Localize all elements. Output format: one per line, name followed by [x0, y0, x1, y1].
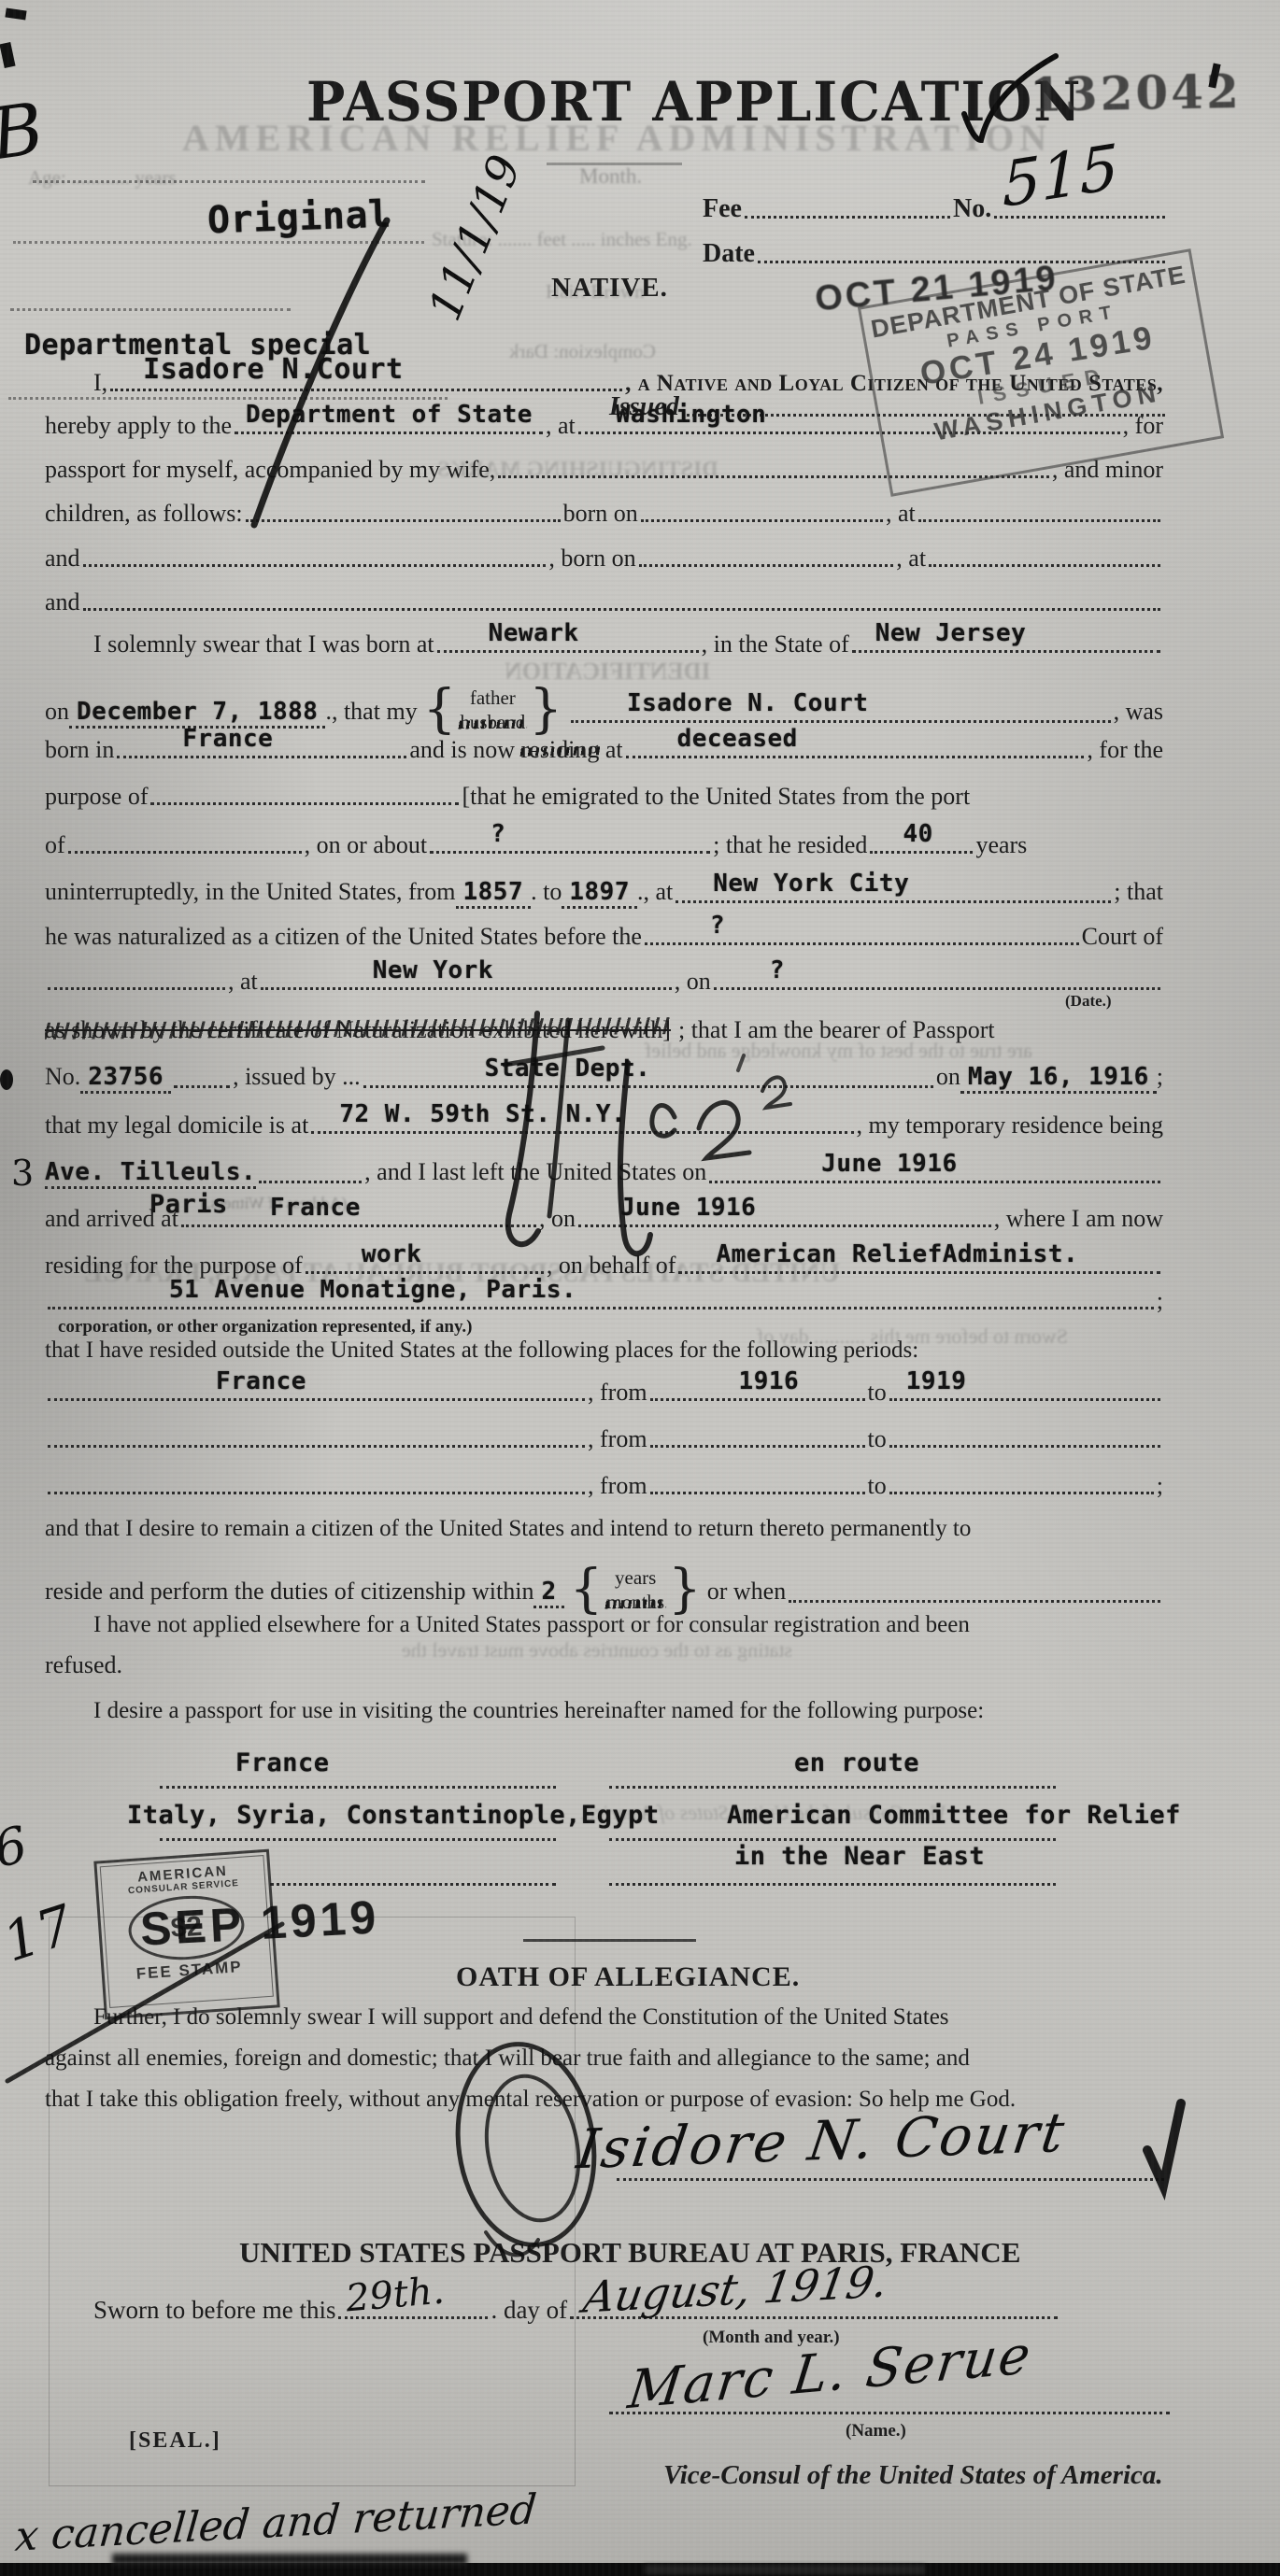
- original-stamp: Original: [206, 193, 391, 243]
- father-name-slot: Isadore N. Court: [571, 718, 1111, 723]
- oath-text: against all enemies, foreign and domesti…: [45, 2045, 970, 2072]
- fee-label: Fee: [703, 194, 742, 224]
- date-caption: (Date.): [1065, 992, 1112, 1011]
- dotted-leader: [83, 562, 547, 567]
- form-line: refused.: [45, 1651, 1163, 1679]
- form-text: he was naturalized as a citizen of the U…: [45, 923, 642, 951]
- typed-year-1897: 1897: [562, 878, 637, 909]
- typed-resided-place: France: [216, 1367, 306, 1395]
- sworn-text: Sworn to before me this: [93, 2296, 335, 2325]
- form-text: ;: [1157, 1287, 1163, 1315]
- form-line: Ave. Tilleuls. , and I last left the Uni…: [45, 1158, 1163, 1189]
- form-line: uninterruptedly, in the United States, f…: [45, 878, 1163, 909]
- to-slot: 1919: [889, 1396, 1160, 1401]
- form-line: I solemnly swear that I was born at Newa…: [93, 630, 1163, 658]
- dotted-leader: [758, 259, 1165, 263]
- form-text: , on: [539, 1205, 576, 1233]
- form-line: I have not applied elsewhere for a Unite…: [93, 1612, 1163, 1638]
- typed-birth-state: New Jersey: [875, 619, 1027, 647]
- form-text: , my temporary residence being: [857, 1111, 1164, 1139]
- form-text: and is now: [409, 736, 515, 764]
- arrive-date-slot: June 1916: [578, 1223, 991, 1227]
- typed-father-birthplace: France: [182, 725, 273, 753]
- birthplace-slot: Newark: [437, 648, 699, 653]
- bottom-edge-band: [0, 2563, 1280, 2576]
- typed-arrive-country: France: [270, 1194, 361, 1222]
- form-text: , at: [896, 545, 926, 573]
- typed-temp-address: Ave. Tilleuls.: [45, 1158, 256, 1189]
- domicile-slot: 72 W. 59th St. N.Y.: [311, 1129, 853, 1134]
- form-text: , where I am now: [994, 1205, 1163, 1233]
- form-text: of: [45, 831, 65, 859]
- form-line: and that I desire to remain a citizen of…: [45, 1516, 1163, 1542]
- form-line: children, as follows: born on , at: [45, 500, 1163, 528]
- ghost-text: Complexion: Dark: [509, 340, 656, 363]
- father-birthplace-slot: France: [117, 754, 406, 758]
- typed-year-1857: 1857: [456, 878, 532, 909]
- form-text: refused.: [45, 1651, 122, 1679]
- emigration-date-slot: ?: [430, 849, 710, 854]
- relation-brace: { father husband }: [423, 686, 562, 735]
- form-text: to: [868, 1379, 887, 1407]
- form-text: ; that he resided: [713, 831, 867, 859]
- form-line: 51 Avenue Monatigne, Paris. ;: [45, 1287, 1163, 1315]
- typed-years-40: 40: [903, 820, 932, 848]
- typed-domicile-address: 72 W. 59th St. N.Y.: [339, 1100, 626, 1128]
- form-text: I desire a passport for use in visiting …: [93, 1698, 984, 1724]
- form-text: hereby apply to the: [45, 412, 232, 440]
- typed-birthplace: Newark: [489, 619, 579, 647]
- form-text: , for the: [1087, 736, 1163, 764]
- typed-visit-purpose: en route: [794, 1748, 919, 1777]
- ghost-text: Age: ............ years: [28, 166, 177, 190]
- form-text: to: [868, 1472, 887, 1500]
- form-text: , on or about: [305, 831, 427, 859]
- form-text: or when: [707, 1578, 786, 1606]
- typed-question-mark: ?: [770, 956, 785, 984]
- form-line: reside and perform the duties of citizen…: [45, 1558, 1163, 1608]
- form-text: to: [868, 1425, 887, 1453]
- typed-father-name: Isadore N. Court: [627, 689, 868, 717]
- handwritten-day: 29th.: [345, 2269, 447, 2320]
- typed-question-mark: ?: [491, 820, 505, 848]
- form-text: ;: [1157, 1063, 1163, 1091]
- dotted-leader: [889, 1490, 1154, 1494]
- form-line: of , on or about ? ; that he resided 40 …: [45, 831, 1163, 859]
- form-line: as shown by the certificate of Naturaliz…: [45, 1016, 1163, 1044]
- form-line: France , from 1916 to 1919: [45, 1379, 1163, 1407]
- dotted-leader: [68, 849, 302, 854]
- option-months-struck: months: [606, 1590, 664, 1614]
- brace-close: }: [529, 689, 562, 731]
- native-label: NATIVE.: [551, 273, 668, 304]
- dotted-line: [8, 397, 448, 400]
- form-line: that my legal domicile is at 72 W. 59th …: [45, 1111, 1163, 1139]
- dotted-leader: [48, 985, 225, 990]
- arrive-country-slot: France: [181, 1223, 536, 1227]
- dotted-line: [270, 1883, 556, 1886]
- from-slot: 1916: [650, 1396, 865, 1401]
- form-text: No.: [45, 1063, 80, 1091]
- typed-visit-country: France: [235, 1748, 330, 1777]
- passport-application-scan: AMERICAN RELIEF ADMINISTRATION Age: ....…: [0, 0, 1280, 2576]
- fee-stamp-line: FEE STAMP: [107, 1956, 271, 1986]
- sworn-line: Sworn to before me this 29th. . day of A…: [93, 2296, 1060, 2325]
- form-text: and: [45, 588, 80, 616]
- period-brace: { years months }: [570, 1565, 702, 1615]
- dotted-leader: [48, 1443, 585, 1448]
- form-text: purpose of: [45, 783, 148, 811]
- form-text: ; that: [1114, 878, 1163, 906]
- cancelled-note: x cancelled and returned: [13, 2485, 538, 2561]
- dotted-leader: [259, 1179, 362, 1183]
- sworn-text: . day of: [491, 2296, 567, 2325]
- form-text: on: [936, 1063, 960, 1091]
- form-text: I solemnly swear that I was born at: [93, 630, 434, 658]
- form-line: , from to ;: [45, 1472, 1163, 1500]
- dotted-leader: [650, 1490, 865, 1494]
- name-slot: Isadore N.Court: [110, 387, 622, 391]
- form-line: I desire a passport for use in visiting …: [93, 1698, 1163, 1724]
- form-text: and that I desire to remain a citizen of…: [45, 1516, 971, 1542]
- signature-dots: [617, 2178, 1164, 2181]
- form-text: , at: [546, 412, 576, 440]
- form-text: at: [605, 736, 623, 764]
- form-text: years: [975, 831, 1027, 859]
- margin-3-mark: 3: [11, 1153, 34, 1194]
- form-text: ., that my: [325, 698, 417, 726]
- dotted-leader: [174, 1083, 230, 1088]
- edge-mark: [0, 1069, 13, 1090]
- application-number: 132042: [1030, 64, 1243, 122]
- typed-department: Department of State: [246, 401, 533, 429]
- ghost-text: Month.: [579, 164, 642, 189]
- typed-org-address: 51 Avenue Monatigne, Paris.: [169, 1276, 576, 1304]
- typed-within-years: 2: [533, 1578, 563, 1608]
- form-text: [that he emigrated to the United States …: [462, 783, 970, 811]
- typed-to-1919: 1919: [906, 1367, 967, 1395]
- form-text: on: [45, 698, 69, 726]
- brace-close: }: [668, 1569, 702, 1611]
- form-text: uninterruptedly, in the United States, f…: [45, 878, 456, 906]
- dotted-leader: [889, 1443, 1160, 1448]
- form-line: and: [45, 588, 1163, 616]
- court-slot: ?: [645, 941, 1079, 945]
- dotted-leader: [789, 1598, 1160, 1603]
- dotted-leader: [48, 1490, 585, 1494]
- form-text: , born on: [548, 545, 635, 573]
- typed-nyc: New York City: [713, 870, 909, 898]
- typed-passport-no: 23756: [80, 1063, 171, 1094]
- father-status-slot: deceased: [626, 754, 1085, 758]
- bottom-smudge: [112, 2554, 467, 2565]
- form-text: ; that I am the bearer of Passport: [678, 1016, 995, 1044]
- option-husband-struck: husband: [460, 710, 525, 734]
- dotted-leader: [641, 517, 883, 522]
- margin-6-mark: 6: [0, 1815, 33, 1879]
- typed-question-mark: ?: [710, 912, 725, 940]
- form-line: on December 7, 1888 ., that my { father …: [45, 678, 1163, 729]
- org-address-slot: 51 Avenue Monatigne, Paris.: [48, 1305, 1154, 1309]
- dotted-line: [160, 1838, 556, 1841]
- issuer-slot: State Dept.: [363, 1083, 933, 1088]
- dotted-leader: [929, 562, 1160, 567]
- form-text: , from: [588, 1425, 647, 1453]
- form-text: I have not applied elsewhere for a Unite…: [93, 1612, 970, 1638]
- typed-organization: American ReliefAdminist.: [716, 1240, 1078, 1268]
- form-text: , was: [1114, 698, 1163, 726]
- form-text: , and I last left the United States on: [364, 1158, 706, 1186]
- form-line: he was naturalized as a citizen of the U…: [45, 923, 1163, 951]
- dotted-line: [33, 180, 425, 183]
- typed-left-date: June 1916: [821, 1150, 957, 1178]
- resided-place-slot: France: [48, 1396, 585, 1401]
- form-text: , issued by ...: [233, 1063, 361, 1091]
- form-text: passport for myself, accompanied by my w…: [45, 456, 495, 484]
- dotted-leader: [83, 606, 1160, 611]
- years-slot: 40: [870, 849, 973, 854]
- name-caption: (Name.): [846, 2421, 906, 2442]
- typed-paris-insert: Paris: [149, 1190, 228, 1219]
- dotted-line: [10, 308, 291, 311]
- dotted-line: [609, 1838, 1056, 1841]
- option-years: years: [606, 1565, 664, 1590]
- form-text: ., at: [637, 878, 673, 906]
- oath-heading: OATH OF ALLEGIANCE.: [456, 1961, 800, 1993]
- typed-visit-more: Italy, Syria, Constantinople,Egypt: [127, 1801, 660, 1830]
- typed-court-place: New York: [373, 956, 493, 984]
- form-line: and , born on , at: [45, 545, 1163, 573]
- bottom-smudge: [645, 2565, 925, 2574]
- typed-purpose2b: in the Near East: [734, 1842, 985, 1871]
- form-text: ;: [1157, 1472, 1163, 1500]
- margin-b-mark: B: [0, 87, 49, 177]
- dotted-line: [160, 1786, 556, 1789]
- sworn-day-slot: 29th.: [338, 2314, 488, 2319]
- residing-word-struck: residing: [521, 736, 600, 764]
- form-text: , from: [588, 1472, 647, 1500]
- typed-purpose: work: [362, 1240, 422, 1268]
- form-text: , in the State of: [702, 630, 849, 658]
- form-text: children, as follows:: [45, 500, 243, 528]
- option-father: father: [460, 686, 525, 710]
- dotted-leader: [639, 562, 894, 567]
- residence-city-slot: New York City: [676, 899, 1111, 903]
- dotted-leader: [745, 214, 950, 219]
- org-caption: corporation, or other organization repre…: [58, 1317, 472, 1338]
- signature-check-mark-icon: [1147, 2103, 1181, 2186]
- typed-arrive-date: June 1916: [620, 1194, 756, 1222]
- left-date-slot: June 1916: [709, 1179, 1160, 1183]
- form-text: and: [45, 545, 80, 573]
- form-text: , from: [588, 1379, 647, 1407]
- dotted-leader: [150, 800, 459, 805]
- dotted-leader: [650, 1443, 865, 1448]
- form-text: reside and perform the duties of citizen…: [45, 1578, 533, 1606]
- oath-line: against all enemies, foreign and domesti…: [45, 2045, 1163, 2072]
- form-line: that I have resided outside the United S…: [45, 1338, 1163, 1364]
- form-text: that my legal domicile is at: [45, 1111, 308, 1139]
- form-text: that I have resided outside the United S…: [45, 1338, 918, 1364]
- typed-issue-date: May 16, 1916: [960, 1063, 1157, 1094]
- sworn-month-slot: August, 1919.: [570, 2314, 1058, 2319]
- typed-state-dept: State Dept.: [485, 1054, 651, 1083]
- form-text: , at: [228, 968, 258, 996]
- court-place-slot: New York: [261, 985, 672, 990]
- state-slot: New Jersey: [852, 648, 1160, 653]
- dotted-line: [609, 1883, 1056, 1886]
- form-text: Court of: [1082, 923, 1163, 951]
- brace-open: {: [570, 1569, 604, 1611]
- dotted-leader: [246, 517, 561, 522]
- form-text: born in: [45, 736, 114, 764]
- typed-father-status: deceased: [677, 725, 798, 753]
- form-line: , from to: [45, 1425, 1163, 1453]
- seal-caption: [SEAL.]: [129, 2428, 221, 2454]
- typed-birth-date: December 7, 1888: [69, 698, 325, 729]
- form-line: , at New York , on ?: [45, 968, 1163, 996]
- form-line: born in France and is now residing at de…: [45, 736, 1163, 764]
- naturalization-date-slot: ?: [714, 985, 1160, 990]
- brace-open: {: [423, 689, 457, 731]
- form-text: I,: [93, 369, 107, 397]
- form-line: No. 23756 , issued by ... State Dept. on…: [45, 1063, 1163, 1094]
- form-line: purpose of [that he emigrated to the Uni…: [45, 783, 1163, 811]
- dotted-leader: [918, 517, 1160, 522]
- departmental-special-note: Departmental special: [24, 329, 371, 361]
- edge-mark: [0, 42, 16, 68]
- bureau-heading: UNITED STATES PASSPORT BUREAU AT PARIS, …: [239, 2236, 1020, 2270]
- typed-washington: Washington: [616, 401, 767, 429]
- typed-from-1916: 1916: [739, 1367, 800, 1395]
- org-slot: American ReliefAdminist.: [678, 1269, 1160, 1274]
- form-text: , at: [886, 500, 916, 528]
- dotted-line: [609, 1786, 1056, 1789]
- page-title: PASSPORT APPLICATION: [306, 69, 1082, 133]
- purpose-slot: work: [306, 1269, 544, 1274]
- no-label: No.: [953, 194, 991, 224]
- form-text: . to: [531, 878, 562, 906]
- dept-slot: Department of State: [235, 430, 543, 434]
- form-text: born on: [563, 500, 638, 528]
- struck-certificate-text: as shown by the certificate of Naturaliz…: [45, 1016, 671, 1044]
- oath-rule: [523, 1939, 696, 1942]
- typed-purpose2a: American Committee for Relief: [727, 1801, 1181, 1830]
- date-label: Date: [703, 239, 755, 269]
- edge-mark: [5, 8, 26, 21]
- form-text: , on: [675, 968, 711, 996]
- vice-consul-title: Vice-Consul of the United States of Amer…: [663, 2460, 1163, 2491]
